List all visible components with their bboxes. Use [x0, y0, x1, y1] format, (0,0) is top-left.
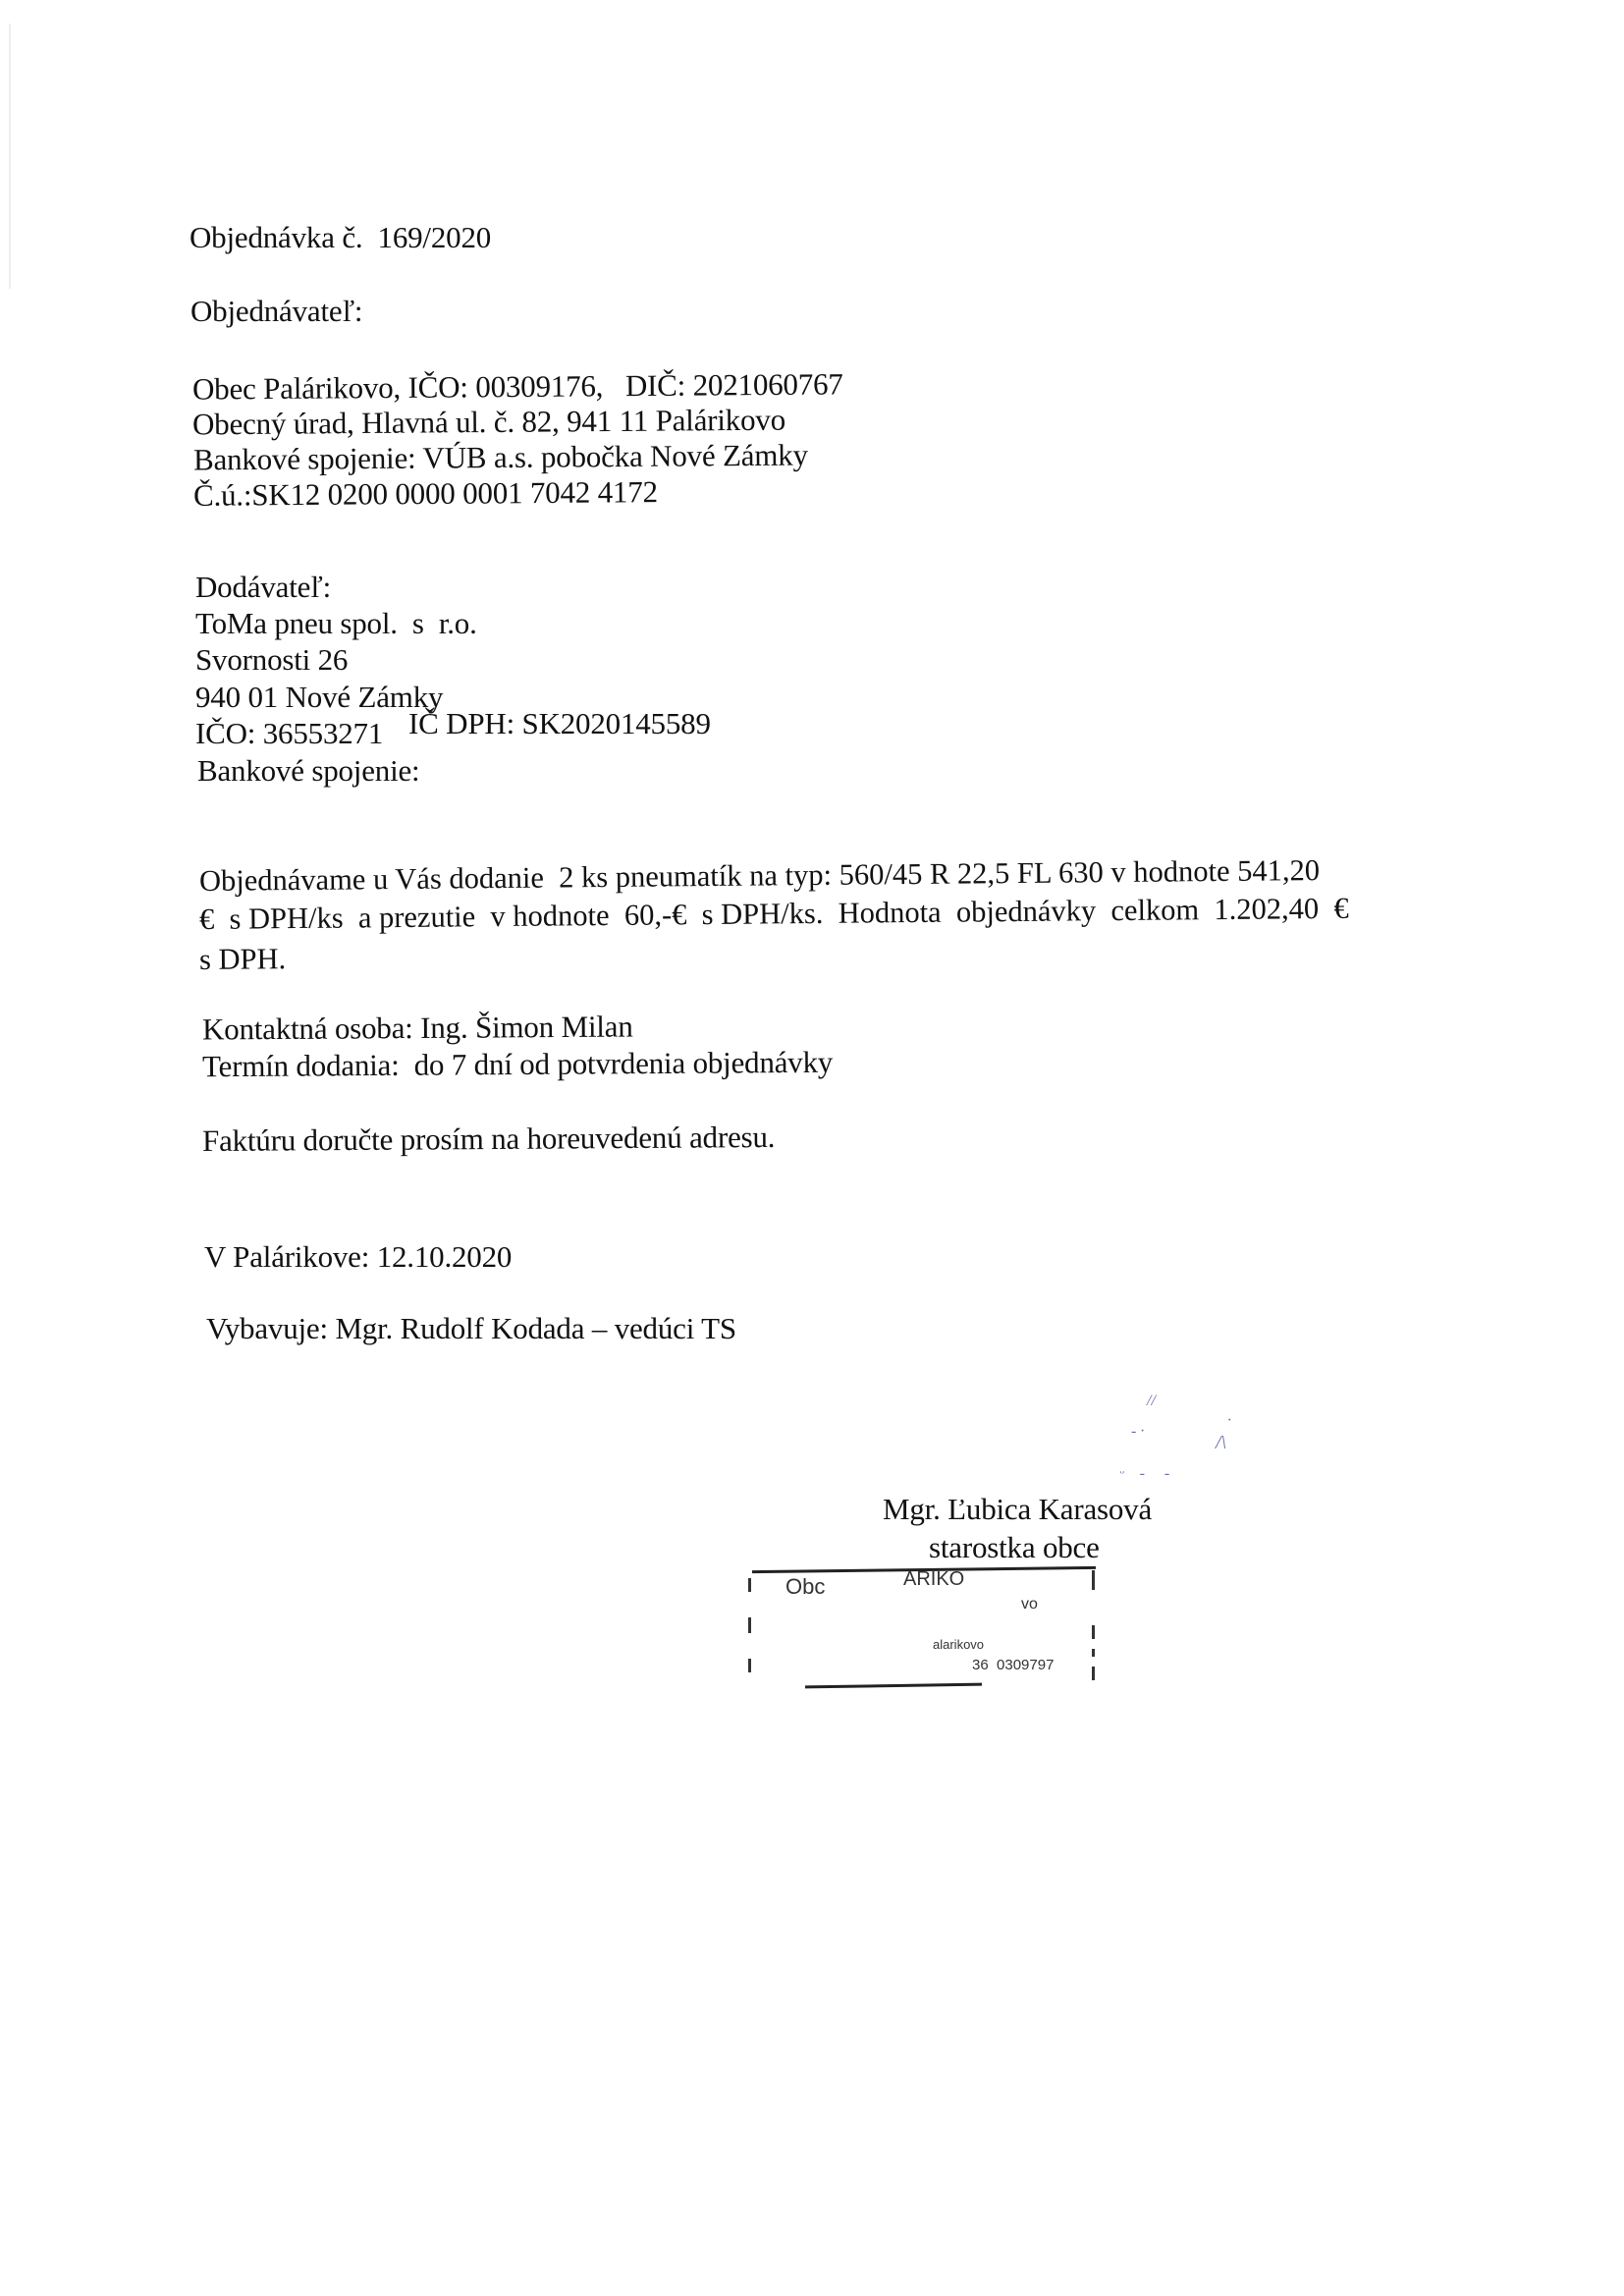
supplier-ic-dph: IČ DPH: SK2020145589 — [408, 708, 711, 738]
supplier-city: 940 01 Nové Zámky — [195, 682, 443, 712]
orderer-line: Č.ú.:SK12 0200 0000 0001 7042 4172 — [193, 476, 658, 511]
orderer-line: Obec Palárikovo, IČO: 00309176, DIČ: 202… — [192, 368, 843, 404]
orderer-label: Objednávateľ: — [190, 296, 362, 326]
order-text-line: Objednávame u Vás dodanie 2 ks pneumatík… — [199, 855, 1320, 896]
handled-by: Vybavuje: Mgr. Rudolf Kodada – vedúci TS — [206, 1313, 736, 1343]
signatory-name: Mgr. Ľubica Karasová — [883, 1494, 1152, 1524]
supplier-street: Svornosti 26 — [195, 644, 348, 675]
order-text-line: s DPH. — [199, 944, 286, 974]
scan-edge — [9, 24, 11, 289]
orderer-line: Bankové spojenie: VÚB a.s. pobočka Nové … — [193, 440, 808, 475]
delivery-term: Termín dodania: do 7 dní od potvrdenia o… — [202, 1047, 833, 1081]
supplier-bank: Bankové spojenie: — [197, 755, 419, 786]
invoice-note: Faktúru doručte prosím na horeuvedenú ad… — [202, 1121, 775, 1156]
supplier-ico: IČO: 36553271 — [195, 718, 383, 748]
supplier-name: ToMa pneu spol. s r.o. — [195, 608, 477, 638]
document-page: Objednávka č. 169/2020 Objednávateľ: Obe… — [0, 0, 1624, 2296]
contact-person: Kontaktná osoba: Ing. Šimon Milan — [202, 1011, 633, 1044]
official-stamp: Obc ARIKO vo alarikovo 36 0309797 — [746, 1568, 1098, 1690]
order-title: Objednávka č. 169/2020 — [189, 222, 491, 252]
signatory-role: starostka obce — [929, 1532, 1100, 1562]
orderer-line: Obecný úrad, Hlavná ul. č. 82, 941 11 Pa… — [192, 405, 785, 440]
supplier-label: Dodávateľ: — [195, 572, 331, 602]
place-date: V Palárikove: 12.10.2020 — [204, 1241, 512, 1272]
order-text-line: € s DPH/ks a prezutie v hodnote 60,-€ s … — [199, 894, 1349, 935]
